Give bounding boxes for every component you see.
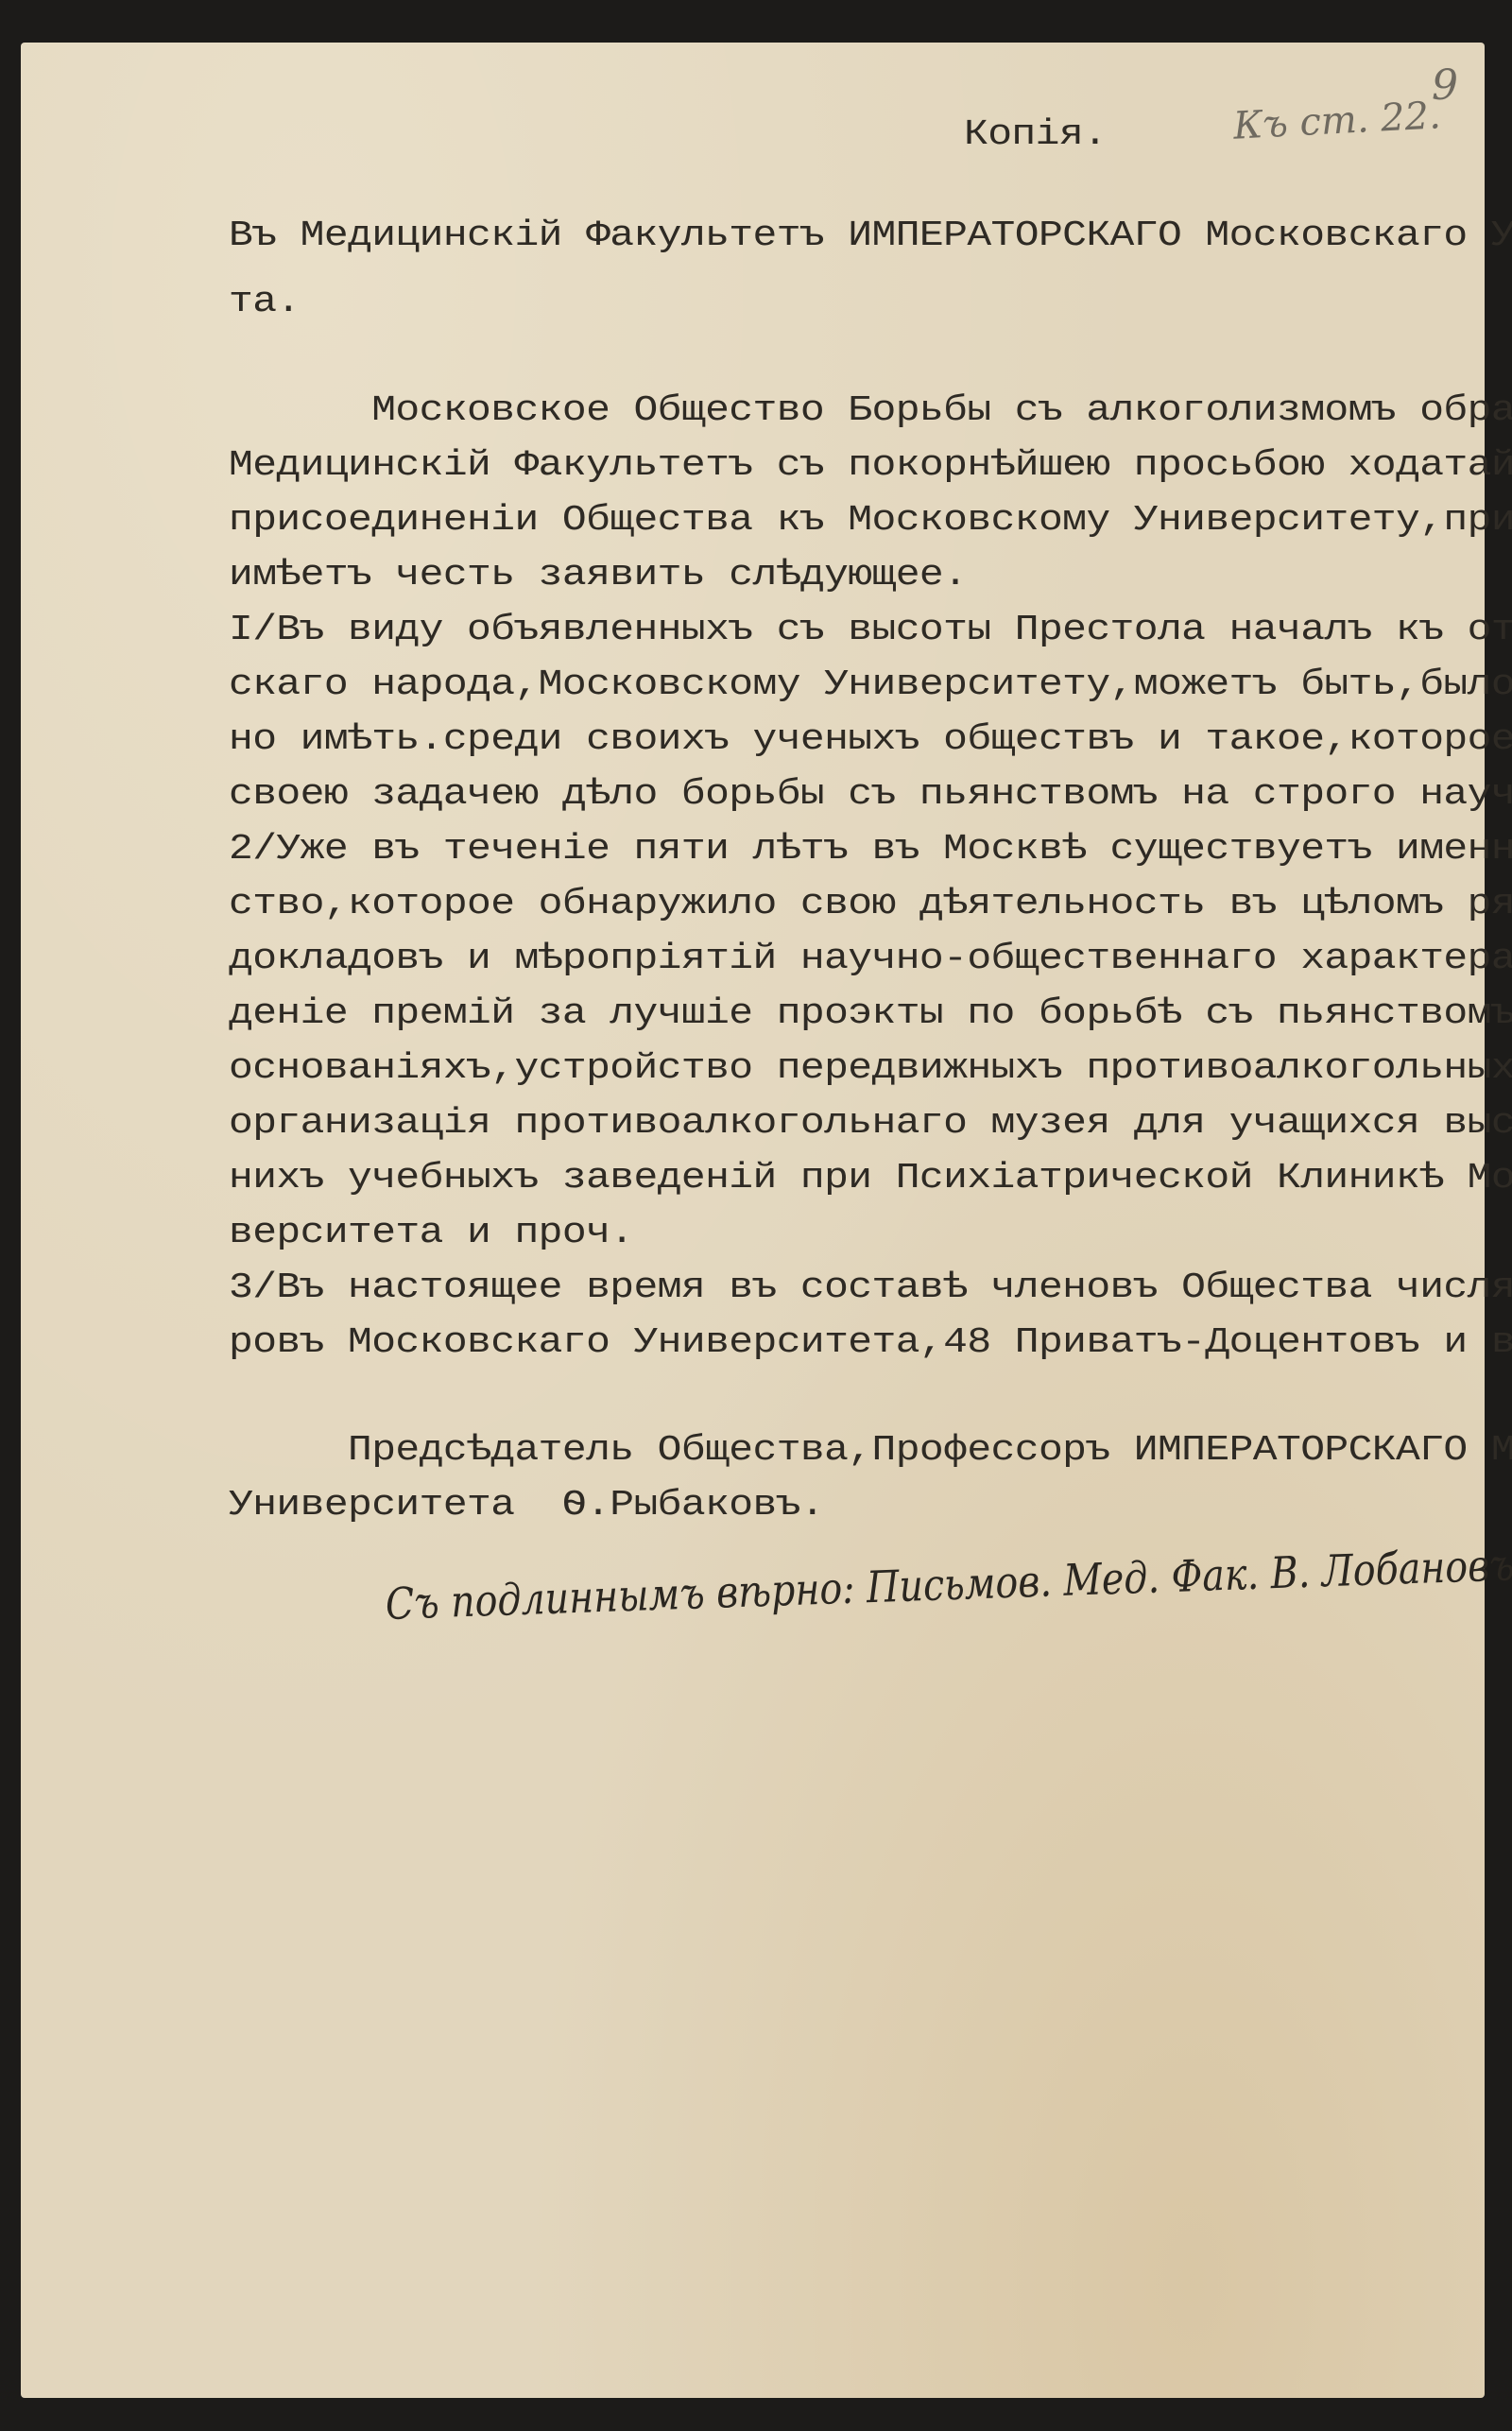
- page-number: 9: [1432, 61, 1458, 110]
- body-line: ство,которое обнаружило свою дѣятельност…: [229, 886, 1512, 922]
- body-line: своею задачею дѣло борьбы съ пьянствомъ …: [229, 776, 1512, 812]
- certification-signature: Съ подлиннымъ вѣрно: Письмов. Мед. Фак. …: [385, 1539, 1512, 1629]
- body-line: 3/Въ настоящее время въ составѣ членовъ …: [229, 1269, 1512, 1305]
- body-line: Медицинскій Факультетъ съ покорнѣйшею пр…: [229, 447, 1512, 483]
- address-line-1: Въ Медицинскій Факультетъ ИМПЕРАТОРСКАГО…: [229, 217, 1512, 253]
- body-line: имѣетъ честь заявить слѣдующее.: [229, 557, 967, 593]
- body-line: ровъ Московскаго Университета,48 Приватъ…: [229, 1324, 1512, 1360]
- address-line-2: та.: [229, 284, 301, 319]
- body-line: деніе премій за лучшіе проэкты по борьбѣ…: [229, 995, 1512, 1031]
- body-line: 2/Уже въ теченіе пяти лѣтъ въ Москвѣ сущ…: [229, 831, 1512, 867]
- body-line: присоединеніи Общества къ Московскому Ун…: [229, 502, 1512, 538]
- body-line: организація противоалкогольнаго музея дл…: [229, 1105, 1512, 1141]
- closing-line-2: Университета Ѳ.Рыбаковъ.: [229, 1487, 824, 1523]
- body-line: основаніяхъ,устройство передвижныхъ прот…: [229, 1050, 1512, 1086]
- body-line: верситета и проч.: [229, 1215, 633, 1250]
- body-line: докладовъ и мѣропріятій научно-обществен…: [229, 940, 1512, 976]
- body-line: нихъ учебныхъ заведеній при Психіатричес…: [229, 1160, 1512, 1196]
- closing-line-1: Предсѣдатель Общества,Профессоръ ИМПЕРАТ…: [229, 1432, 1512, 1468]
- archive-note: Къ ст. 22.: [1232, 94, 1442, 147]
- body-line: I/Въ виду объявленныхъ съ высоты Престол…: [229, 612, 1512, 647]
- body-line: скаго народа,Московскому Университету,мо…: [229, 666, 1512, 702]
- body-line: Московское Общество Борьбы съ алкоголизм…: [229, 392, 1512, 428]
- body-line: но имѣть.среди своихъ ученыхъ обществъ и…: [229, 721, 1512, 757]
- document-title: Копія.: [964, 116, 1107, 152]
- document-page: Копія. Къ ст. 22. 9 Въ Медицинскій Факул…: [21, 43, 1485, 2398]
